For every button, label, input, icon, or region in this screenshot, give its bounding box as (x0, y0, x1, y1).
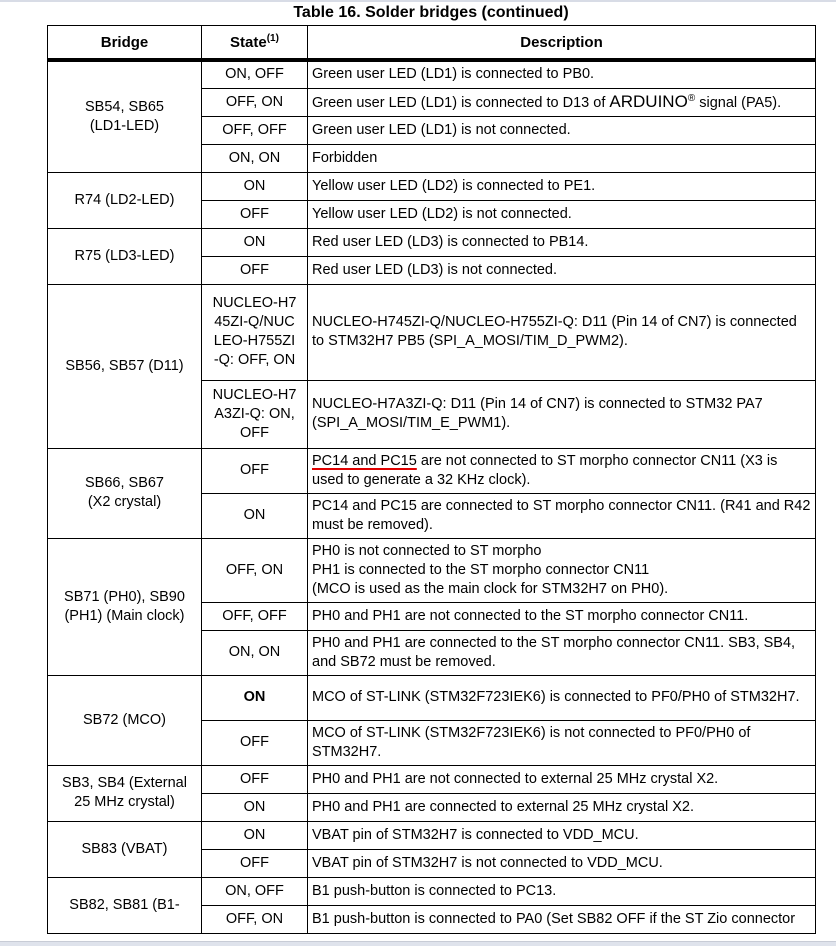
bridge-label: SB66, SB67 (X2 crystal) (75, 474, 175, 512)
table-row: SB72 (MCO)ONMCO of ST-LINK (STM32F723IEK… (48, 675, 816, 720)
desc-line: PH0 is not connected to ST morpho (312, 542, 811, 561)
description-cell: PH0 and PH1 are not connected to externa… (308, 765, 816, 793)
desc-line: PH1 is connected to the ST morpho connec… (312, 561, 811, 580)
bridge-label: R75 (LD3-LED) (52, 247, 197, 266)
bridge-cell: R74 (LD2-LED) (48, 172, 202, 228)
description-cell: PH0 is not connected to ST morphoPH1 is … (308, 538, 816, 602)
table-body: SB54, SB65 (LD1-LED)ON, OFFGreen user LE… (48, 60, 816, 933)
desc-text: Green user LED (LD1) is connected to D13… (312, 95, 609, 111)
bridge-cell: SB72 (MCO) (48, 675, 202, 765)
description-cell: B1 push-button is connected to PA0 (Set … (308, 905, 816, 933)
table-row: SB82, SB81 (B1-ON, OFFB1 push-button is … (48, 877, 816, 905)
description-cell: Yellow user LED (LD2) is connected to PE… (308, 172, 816, 200)
description-cell: PH0 and PH1 are connected to the ST morp… (308, 630, 816, 675)
bottom-edge (0, 941, 836, 946)
bridge-cell: SB71 (PH0), SB90 (PH1) (Main clock) (48, 538, 202, 675)
state-cell: ON, ON (202, 630, 308, 675)
description-cell: PH0 and PH1 are connected to external 25… (308, 793, 816, 821)
state-cell: OFF, ON (202, 88, 308, 116)
table-row: SB66, SB67 (X2 crystal)OFFPC14 and PC15 … (48, 448, 816, 493)
description-cell: Yellow user LED (LD2) is not connected. (308, 200, 816, 228)
description-cell: PC14 and PC15 are connected to ST morpho… (308, 493, 816, 538)
bridge-cell: SB66, SB67 (X2 crystal) (48, 448, 202, 538)
table-row: SB56, SB57 (D11)NUCLEO-H745ZI-Q/NUCLEO-H… (48, 284, 816, 380)
state-cell: OFF, ON (202, 538, 308, 602)
bridge-cell: SB54, SB65 (LD1-LED) (48, 60, 202, 172)
state-cell: OFF, OFF (202, 602, 308, 630)
description-cell: MCO of ST-LINK (STM32F723IEK6) is connec… (308, 675, 816, 720)
bridge-cell: SB3, SB4 (External 25 MHz crystal) (48, 765, 202, 821)
header-description: Description (308, 26, 816, 61)
state-cell: ON (202, 793, 308, 821)
solder-bridges-table: Bridge State(1) Description SB54, SB65 (… (47, 25, 816, 934)
table-caption: Table 16. Solder bridges (continued) (0, 3, 836, 23)
bridge-label: SB56, SB57 (D11) (52, 357, 197, 376)
description-cell: MCO of ST-LINK (STM32F723IEK6) is not co… (308, 720, 816, 765)
bridge-cell: SB82, SB81 (B1- (48, 877, 202, 933)
header-state-label: State (230, 34, 267, 51)
state-cell: OFF (202, 200, 308, 228)
state-cell: ON (202, 675, 308, 720)
arduino-brand: ARDUINO (609, 92, 687, 111)
state-cell: OFF (202, 256, 308, 284)
state-cell: ON (202, 493, 308, 538)
description-cell: NUCLEO-H7A3ZI-Q: D11 (Pin 14 of CN7) is … (308, 380, 816, 448)
state-cell: ON, ON (202, 144, 308, 172)
description-cell: Green user LED (LD1) is connected to PB0… (308, 60, 816, 88)
state-cell: OFF (202, 448, 308, 493)
description-cell: NUCLEO-H745ZI-Q/NUCLEO-H755ZI-Q: D11 (Pi… (308, 284, 816, 380)
table-row: SB54, SB65 (LD1-LED)ON, OFFGreen user LE… (48, 60, 816, 88)
underlined-highlight: PC14 and PC15 (312, 453, 417, 469)
footnote-ref: (1) (267, 33, 279, 44)
bridge-label: SB3, SB4 (External 25 MHz crystal) (60, 774, 190, 812)
bridge-cell: SB56, SB57 (D11) (48, 284, 202, 448)
state-cell: OFF, ON (202, 905, 308, 933)
bridge-label: SB82, SB81 (B1- (52, 896, 197, 915)
state-cell: NUCLEO-H745ZI-Q/NUCLEO-H755ZI-Q: OFF, ON (202, 284, 308, 380)
table-row: R75 (LD3-LED)ONRed user LED (LD3) is con… (48, 228, 816, 256)
state-cell: ON (202, 172, 308, 200)
state-cell: OFF (202, 720, 308, 765)
state-cell: ON, OFF (202, 60, 308, 88)
header-bridge: Bridge (48, 26, 202, 61)
description-cell: Forbidden (308, 144, 816, 172)
state-cell: NUCLEO-H7A3ZI-Q: ON, OFF (202, 380, 308, 448)
header-state: State(1) (202, 26, 308, 61)
state-cell: ON (202, 228, 308, 256)
table-row: R74 (LD2-LED)ONYellow user LED (LD2) is … (48, 172, 816, 200)
desc-line: (MCO is used as the main clock for STM32… (312, 580, 811, 599)
bridge-cell: R75 (LD3-LED) (48, 228, 202, 284)
state-cell: ON, OFF (202, 877, 308, 905)
description-cell: Green user LED (LD1) is connected to D13… (308, 88, 816, 116)
table-row: SB3, SB4 (External 25 MHz crystal)OFFPH0… (48, 765, 816, 793)
description-cell: Red user LED (LD3) is connected to PB14. (308, 228, 816, 256)
description-cell: VBAT pin of STM32H7 is not connected to … (308, 849, 816, 877)
state-cell: ON (202, 821, 308, 849)
description-cell: PH0 and PH1 are not connected to the ST … (308, 602, 816, 630)
description-cell: B1 push-button is connected to PC13. (308, 877, 816, 905)
bridge-label: R74 (LD2-LED) (52, 191, 197, 210)
table-row: SB83 (VBAT)ONVBAT pin of STM32H7 is conn… (48, 821, 816, 849)
table-row: SB71 (PH0), SB90 (PH1) (Main clock)OFF, … (48, 538, 816, 602)
state-cell: OFF (202, 849, 308, 877)
state-cell: OFF, OFF (202, 116, 308, 144)
description-cell: Red user LED (LD3) is not connected. (308, 256, 816, 284)
bridge-label: SB83 (VBAT) (52, 840, 197, 859)
state-cell: OFF (202, 765, 308, 793)
bridge-cell: SB83 (VBAT) (48, 821, 202, 877)
bridge-label: SB72 (MCO) (52, 711, 197, 730)
bridge-label: SB54, SB65 (LD1-LED) (70, 98, 180, 136)
description-cell: PC14 and PC15 are not connected to ST mo… (308, 448, 816, 493)
header-row: Bridge State(1) Description (48, 26, 816, 61)
description-cell: Green user LED (LD1) is not connected. (308, 116, 816, 144)
desc-text: signal (PA5). (695, 95, 781, 111)
bridge-label: SB71 (PH0), SB90 (PH1) (Main clock) (60, 588, 190, 626)
top-edge (0, 0, 836, 2)
description-cell: VBAT pin of STM32H7 is connected to VDD_… (308, 821, 816, 849)
